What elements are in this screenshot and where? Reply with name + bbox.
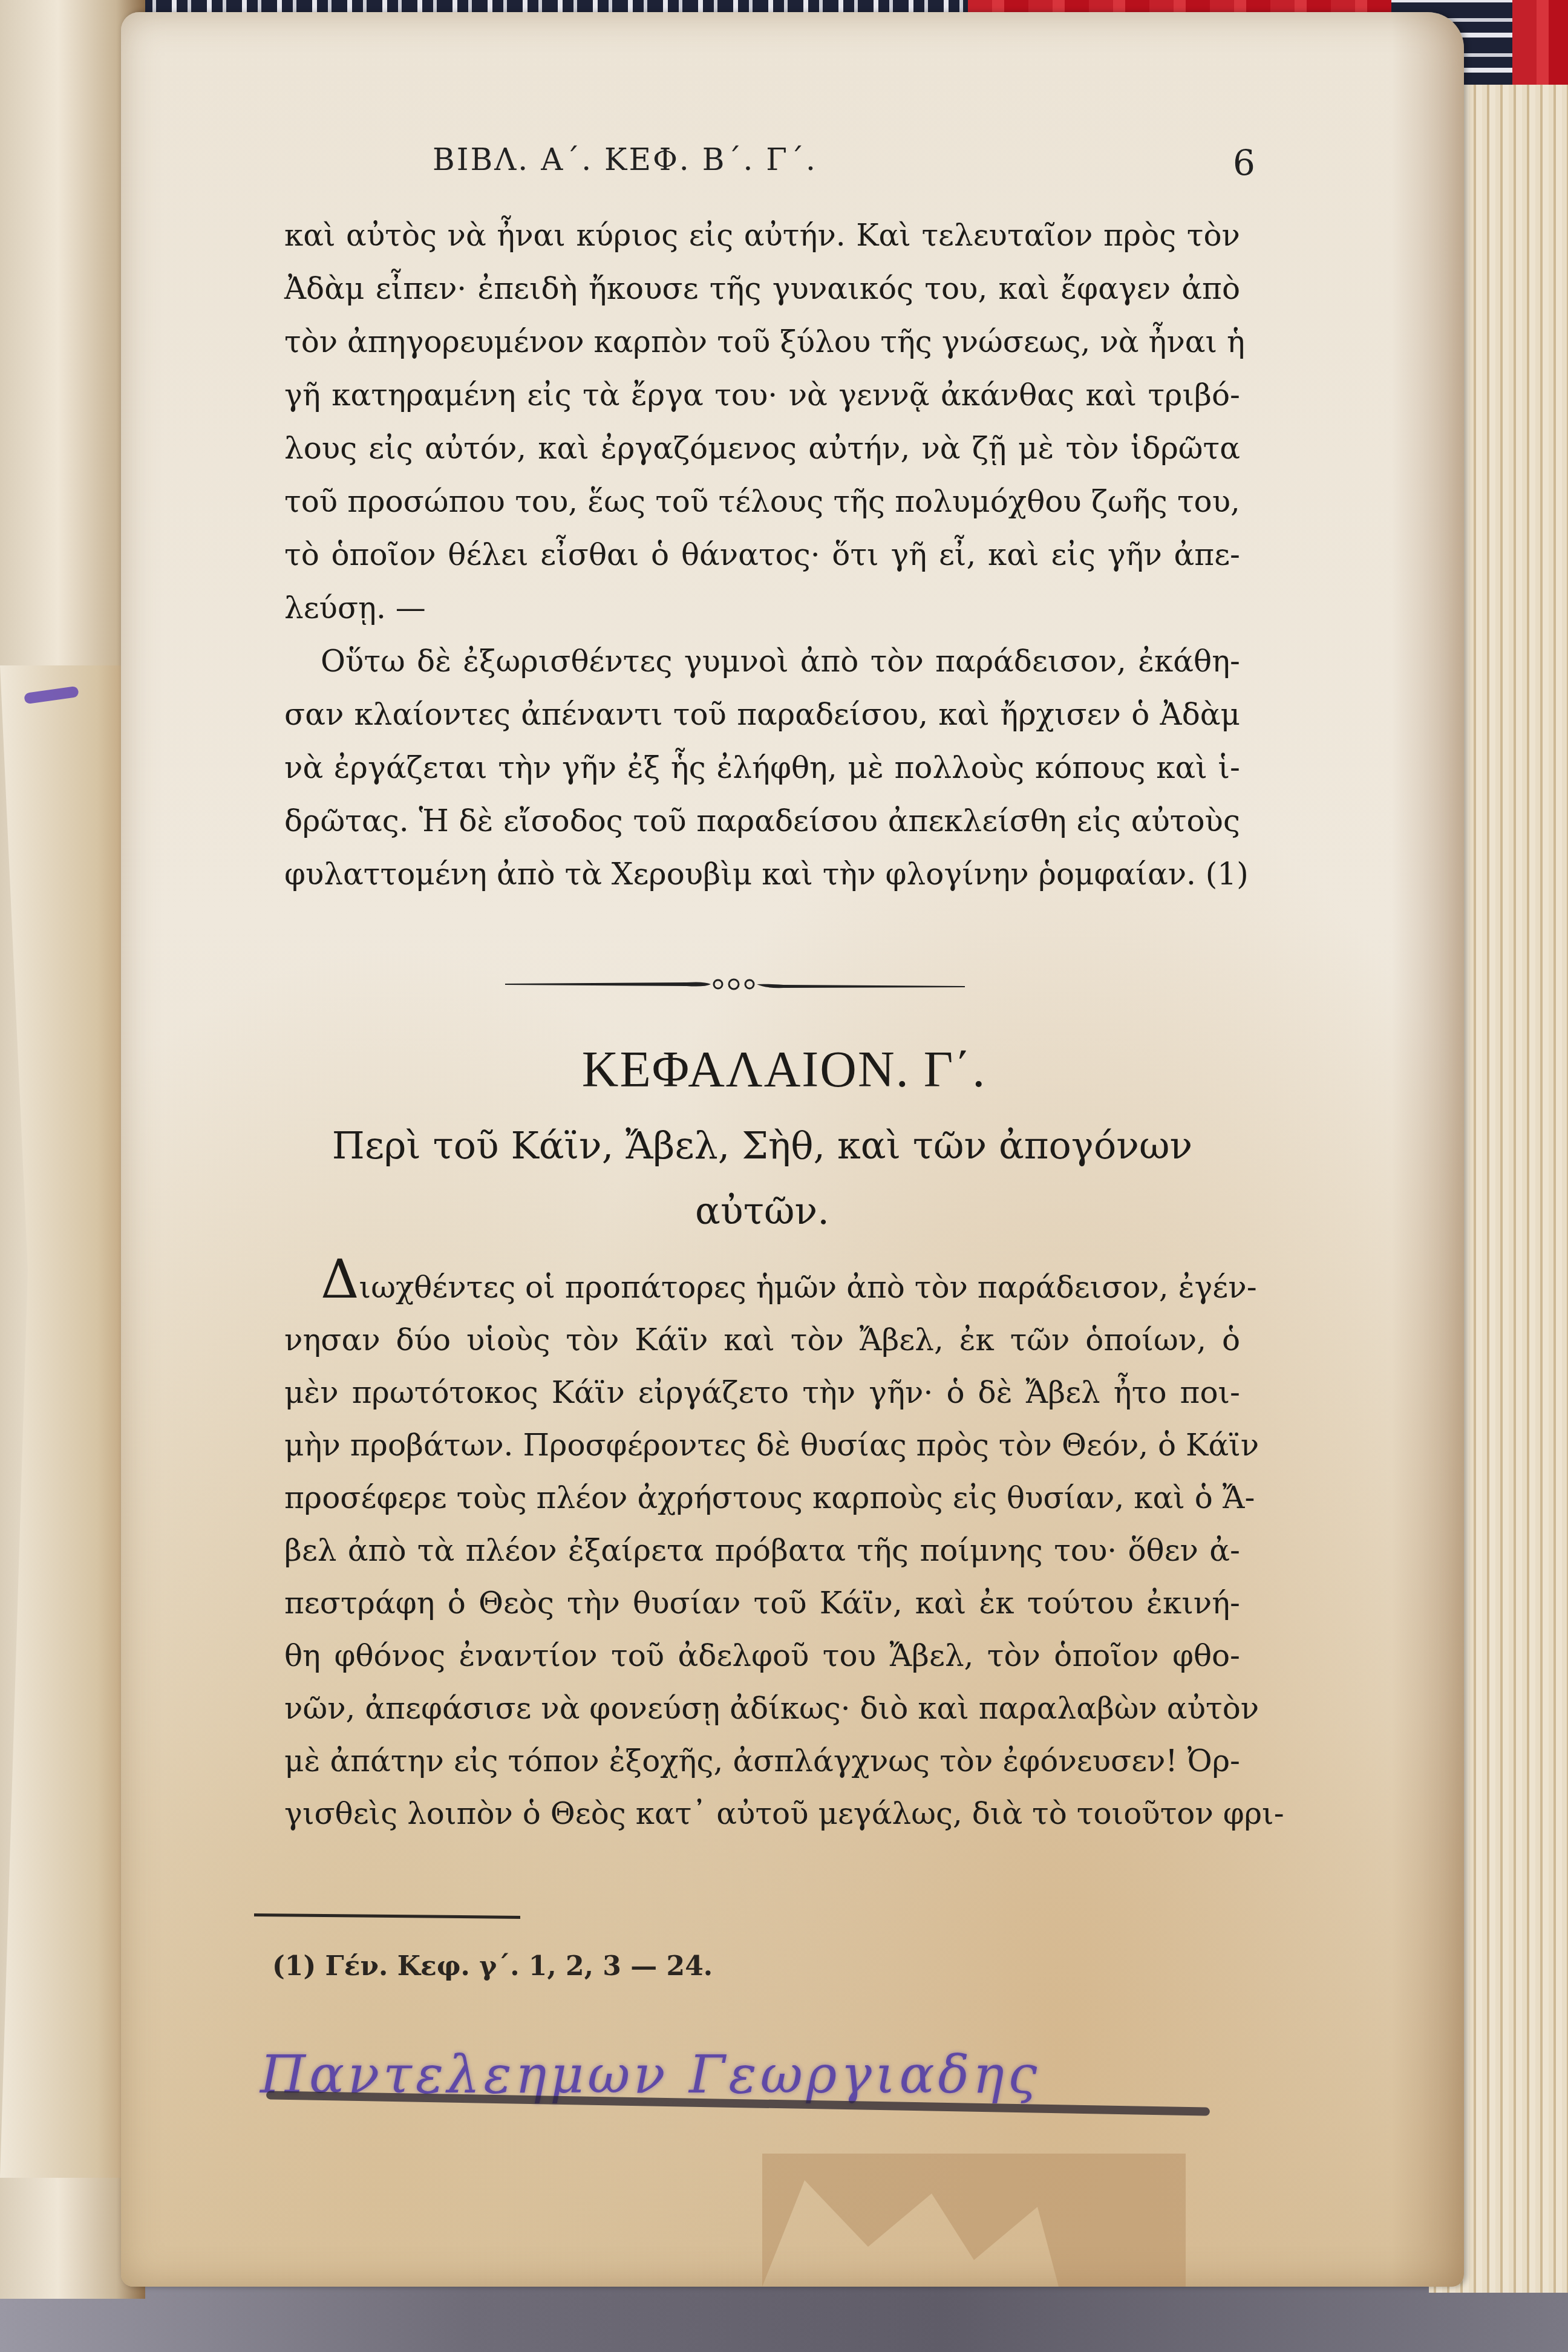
text-line: γισθεὶς λοιπὸν ὁ Θεὸς κατ᾽ αὐτοῦ μεγάλως… bbox=[284, 1788, 1240, 1840]
chapter-subtitle-line: αὐτῶν. bbox=[290, 1178, 1234, 1244]
text-line: νὰ ἐργάζεται τὴν γῆν ἐξ ἧς ἐλήφθη, μὲ πο… bbox=[284, 741, 1240, 794]
text-line-first: Διωχθέντες οἱ προπάτορες ἡμῶν ἀπὸ τὸν πα… bbox=[284, 1261, 1240, 1314]
text-line: νησαν δύο υἱοὺς τὸν Κάϊν καὶ τὸν Ἄβελ, ἐ… bbox=[284, 1314, 1240, 1367]
text-line: λεύσῃ. — bbox=[284, 581, 1240, 635]
text-line: θη φθόνος ἐναντίον τοῦ ἀδελφοῦ του Ἄβελ,… bbox=[284, 1630, 1240, 1682]
text-line: λους εἰς αὐτόν, καὶ ἐργαζόμενος αὐτήν, ν… bbox=[284, 422, 1240, 475]
text-line: καὶ αὐτὸς νὰ ἦναι κύριος εἰς αὐτήν. Καὶ … bbox=[284, 209, 1240, 262]
text-line: μὴν προβάτων. Προσφέροντες δὲ θυσίας πρὸ… bbox=[284, 1419, 1240, 1472]
water-stain bbox=[762, 2154, 1186, 2287]
chapter-title: ΚΕΦΑΛΑΙΟΝ. Γ΄. bbox=[0, 1040, 1568, 1099]
drop-cap: Δ bbox=[321, 1248, 359, 1310]
text-line: μὲν πρωτότοκος Κάϊν εἰργάζετο τὴν γῆν· ὁ… bbox=[284, 1367, 1240, 1419]
text-line: νῶν, ἀπεφάσισε νὰ φονεύσῃ ἀδίκως· διὸ κα… bbox=[284, 1682, 1240, 1735]
text-line: τὸν ἀπηγορευμένον καρπὸν τοῦ ξύλου τῆς γ… bbox=[284, 315, 1240, 368]
background-cloth-bottom bbox=[0, 2279, 1568, 2352]
ornamental-divider bbox=[505, 975, 965, 993]
running-head: ΒΙΒΛ. Α΄. ΚΕΦ. Β΄. Γ΄. bbox=[433, 142, 817, 177]
text-line: γῆ κατηραμένη εἰς τὰ ἔργα του· νὰ γεννᾷ … bbox=[284, 368, 1240, 422]
text-line: βελ ἀπὸ τὰ πλέον ἐξαίρετα πρόβατα τῆς πο… bbox=[284, 1524, 1240, 1577]
text-line: Ἀδὰμ εἶπεν· ἐπειδὴ ἤκουσε τῆς γυναικός τ… bbox=[284, 262, 1240, 315]
text-block-section-2: Διωχθέντες οἱ προπάτορες ἡμῶν ἀπὸ τὸν πα… bbox=[284, 1261, 1240, 1840]
chapter-subtitle-line: Περὶ τοῦ Κάϊν, Ἄβελ, Σὴθ, καὶ τῶν ἀπογόν… bbox=[290, 1113, 1234, 1178]
text-line: Οὕτω δὲ ἐξωρισθέντες γυμνοὶ ἀπὸ τὸν παρά… bbox=[284, 635, 1240, 688]
text-line: σαν κλαίοντες ἀπέναντι τοῦ παραδείσου, κ… bbox=[284, 688, 1240, 741]
text-line: προσέφερε τοὺς πλέον ἀχρήστους καρποὺς ε… bbox=[284, 1472, 1240, 1524]
running-header: ΒΙΒΛ. Α΄. ΚΕΦ. Β΄. Γ΄. 6 bbox=[433, 142, 1255, 191]
text-line: δρῶτας. Ἡ δὲ εἴσοδος τοῦ παραδείσου ἀπεκ… bbox=[284, 794, 1240, 848]
text-line: πεστράφη ὁ Θεὸς τὴν θυσίαν τοῦ Κάϊν, καὶ… bbox=[284, 1577, 1240, 1630]
text-block-section-1: καὶ αὐτὸς νὰ ἦναι κύριος εἰς αὐτήν. Καὶ … bbox=[284, 209, 1240, 901]
text-line: φυλαττομένη ἀπὸ τὰ Χερουβὶμ καὶ τὴν φλογ… bbox=[284, 848, 1240, 901]
chapter-subtitle: Περὶ τοῦ Κάϊν, Ἄβελ, Σὴθ, καὶ τῶν ἀπογόν… bbox=[290, 1113, 1234, 1244]
text-line: μὲ ἀπάτην εἰς τόπον ἐξοχῆς, ἀσπλάγχνως τ… bbox=[284, 1735, 1240, 1788]
footnote: (1) Γέν. Κεφ. γ΄. 1, 2, 3 — 24. bbox=[272, 1951, 713, 1982]
text-line: ιωχθέντες οἱ προπάτορες ἡμῶν ἀπὸ τὸν παρ… bbox=[359, 1270, 1257, 1305]
page-number: 6 bbox=[1233, 142, 1255, 183]
text-line: τὸ ὁποῖον θέλει εἶσθαι ὁ θάνατος· ὅτι γῆ… bbox=[284, 528, 1240, 581]
text-line: τοῦ προσώπου του, ἕως τοῦ τέλους τῆς πολ… bbox=[284, 475, 1240, 528]
